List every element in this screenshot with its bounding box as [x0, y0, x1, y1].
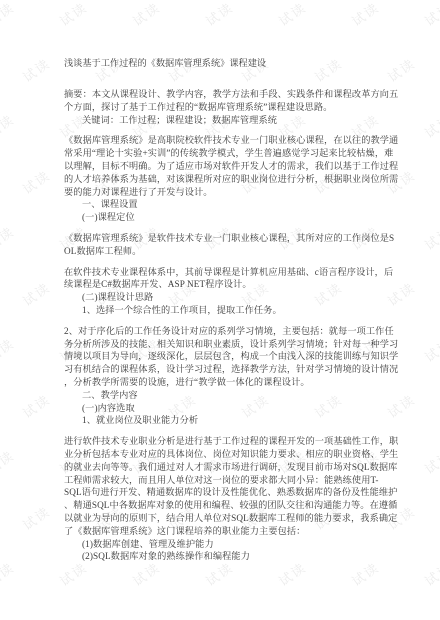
watermark-text: 试读 [420, 109, 440, 142]
text-line: 、精通SQL中各数据库对象的使用和编程、较强的团队交往和沟通能力等。在遵循 [64, 499, 386, 512]
text-line: 摘要：本文从课程设计、教学内容，教学方法和手段、实践条件和课程改革方向五 [64, 88, 386, 101]
text-line: 业分析包括本专业对应的具体岗位、岗位对知识能力要求、相应的职业资格、学生 [64, 448, 386, 461]
text-line: (二)课程设计思路 [64, 291, 386, 304]
text-line: 1、就业岗位及职业能力分析 [64, 414, 386, 427]
text-line: (一)内容选取 [64, 402, 386, 415]
text-line: ，分析教学所需要的设施，进行“教学做一体化的课程设计。 [64, 376, 386, 389]
watermark-text: 试读 [18, 277, 53, 310]
text-line: 在软件技术专业课程体系中，其前导课程是计算机应用基础、c语言程序设计，后 [64, 266, 386, 279]
text-line: 要的能力对课程进行了开发与设计。 [64, 186, 386, 199]
text-line: (一)课程定位 [64, 211, 386, 224]
watermark-text: 试读 [0, 333, 18, 366]
watermark-text: 试读 [383, 53, 418, 86]
document-page: 试读试读试读试读试读试读试读试读试读试读试读试读试读试读试读试读试读试读试读试读… [0, 0, 440, 620]
text-line: OL数据库工程师。 [64, 245, 386, 258]
text-line: 《数据库管理系统》是高职院校软件技术专业一门职业核心课程，在以往的教学通 [64, 134, 386, 147]
text-line: 了《数据库管理系统》这门课程培养的职业能力主要包括： [64, 525, 386, 538]
text-line: 一、课程设置 [64, 198, 386, 211]
text-line: 工程师需求较大，而且用人单位对这一岗位的要求都大同小异：能熟练使用T- [64, 474, 386, 487]
watermark-text: 试读 [383, 389, 418, 422]
text-line: 习有机结合的课程体系，设计学习过程，选择教学方法，针对学习情境的设计情况 [64, 363, 386, 376]
watermark-text: 试读 [0, 445, 18, 478]
paragraph: 进行软件技术专业职业分析是进行基于工作过程的课程开发的一项基础性工作，职业分析包… [64, 435, 386, 563]
watermark-text: 试读 [0, 557, 18, 590]
watermark-text: 试读 [201, 0, 236, 30]
text-line: 的人才培养体系为基础，对该课程所对应的职业岗位进行分析，根据职业岗位所需 [64, 173, 386, 186]
text-line: 2、对于序化后的工作任务设计对应的系列学习情境，主要包括：就每一项工作任 [64, 325, 386, 338]
paragraph: 摘要：本文从课程设计、教学内容，教学方法和手段、实践条件和课程改革方向五个方面，… [64, 88, 386, 126]
watermark-text: 试读 [18, 53, 53, 86]
text-line: 以理解，目标不明确。为了适应市场对软件开发人才的需求，我们以基于工作过程 [64, 160, 386, 173]
paragraph: 《数据库管理系统》是高职院校软件技术专业一门职业核心课程，在以往的教学通常采用“… [64, 134, 386, 224]
watermark-text: 试读 [18, 389, 53, 422]
text-line: (1)数据库创建、管理及维护能力 [64, 538, 386, 551]
watermark-text: 试读 [420, 333, 440, 366]
watermark-text: 试读 [18, 501, 53, 534]
watermark-text: 试读 [420, 445, 440, 478]
paragraph: 在软件技术专业课程体系中，其前导课程是计算机应用基础、c语言程序设计，后续课程是… [64, 266, 386, 317]
text-line: 《数据库管理系统》是软件技术专业一门职业核心课程，其所对应的工作岗位是S [64, 232, 386, 245]
watermark-text: 试读 [383, 277, 418, 310]
paragraph: 2、对于序化后的工作任务设计对应的系列学习情境，主要包括：就每一项工作任务分析所… [64, 325, 386, 427]
watermark-text: 试读 [420, 557, 440, 590]
watermark-text: 试读 [420, 0, 440, 30]
text-line: 的就业去向等等。我们通过对人才需求市场进行调研，发现目前市场对SQL数据库 [64, 461, 386, 474]
watermark-text: 试读 [18, 165, 53, 198]
text-line: 进行软件技术专业职业分析是进行基于工作过程的课程开发的一项基础性工作，职 [64, 435, 386, 448]
text-line: 常采用“理论十实验+实训”的传统教学模式，学生普遍感觉学习起来比较枯燥，难 [64, 147, 386, 160]
watermark-text: 试读 [274, 0, 309, 30]
document-body: 摘要：本文从课程设计、教学内容，教学方法和手段、实践条件和课程改革方向五个方面，… [64, 88, 386, 563]
text-line: 二、教学内容 [64, 389, 386, 402]
text-line: (2)SQL数据库对象的熟练操作和编程能力 [64, 550, 386, 563]
watermark-text: 试读 [0, 221, 18, 254]
text-line: 关键词：工作过程；课程建设；数据库管理系统 [64, 114, 386, 127]
text-line: 以就业为导向的原则下，结合用人单位对SQL数据库工程师的能力要求，我系确定 [64, 512, 386, 525]
text-line: 个方面，探讨了基于工作过程的“数据库管理系统”课程建设思路。 [64, 101, 386, 114]
text-line: 1、选择一个综合性的工作项目，提取工作任务。 [64, 304, 386, 317]
watermark-text: 试读 [420, 221, 440, 254]
watermark-text: 试读 [55, 0, 90, 30]
watermark-text: 试读 [0, 109, 18, 142]
paragraph: 《数据库管理系统》是软件技术专业一门职业核心课程，其所对应的工作岗位是SOL数据… [64, 232, 386, 258]
text-line: 情境以项目为导向，逐级深化，层层包含，构成一个由浅入深的技能训练与知识学 [64, 350, 386, 363]
watermark-text: 试读 [128, 0, 163, 30]
text-line: 务分析所涉及的技能、相关知识和职业素质，设计系列学习情境；针对每一种学习 [64, 338, 386, 351]
document-content: 浅谈基于工作过程的《数据库管理系统》课程建设 摘要：本文从课程设计、教学内容，教… [64, 57, 386, 563]
text-line: 续课程是C#数据库开发、ASP NET程序设计。 [64, 278, 386, 291]
watermark-text: 试读 [347, 0, 382, 30]
text-line: SQL语句进行开发、精通数据库的设计及性能优化、熟悉数据库的备份及性能维护 [64, 486, 386, 499]
watermark-text: 试读 [0, 0, 18, 30]
document-title: 浅谈基于工作过程的《数据库管理系统》课程建设 [64, 57, 386, 70]
